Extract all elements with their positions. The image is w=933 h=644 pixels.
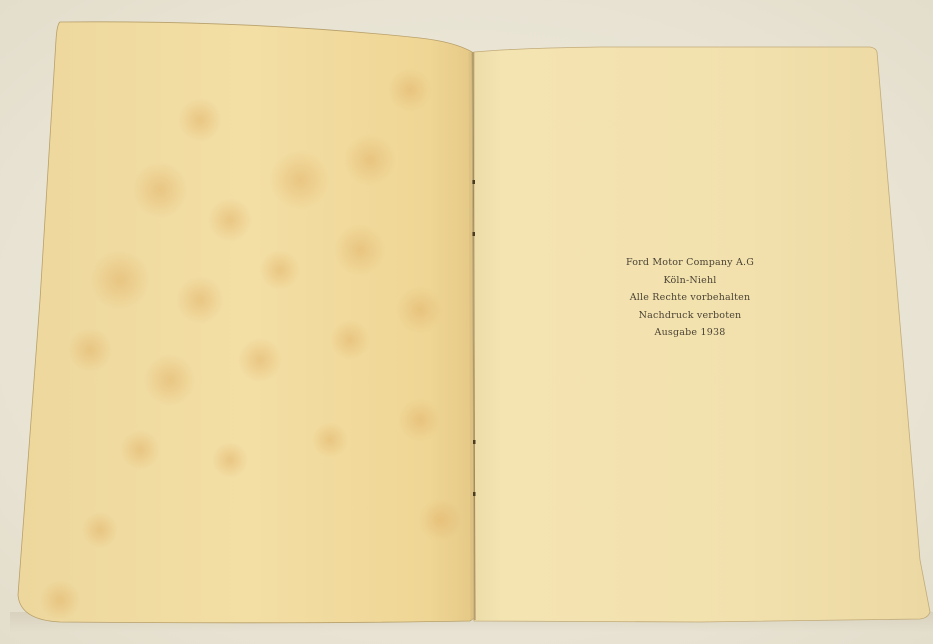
imprint-edition: Ausgabe 1938 [590, 324, 790, 342]
open-booklet: Ford Motor Company A.G Köln-Niehl Alle R… [0, 0, 933, 644]
publisher-imprint: Ford Motor Company A.G Köln-Niehl Alle R… [590, 254, 790, 342]
imprint-location: Köln-Niehl [590, 272, 790, 290]
staple [473, 440, 476, 444]
staple [473, 180, 476, 184]
imprint-reprint-notice: Nachdruck verboten [590, 307, 790, 325]
imprint-company: Ford Motor Company A.G [590, 254, 790, 272]
booklet-pages-graphic [0, 0, 933, 644]
staple [473, 492, 476, 496]
staple [473, 232, 476, 236]
imprint-rights: Alle Rechte vorbehalten [590, 289, 790, 307]
